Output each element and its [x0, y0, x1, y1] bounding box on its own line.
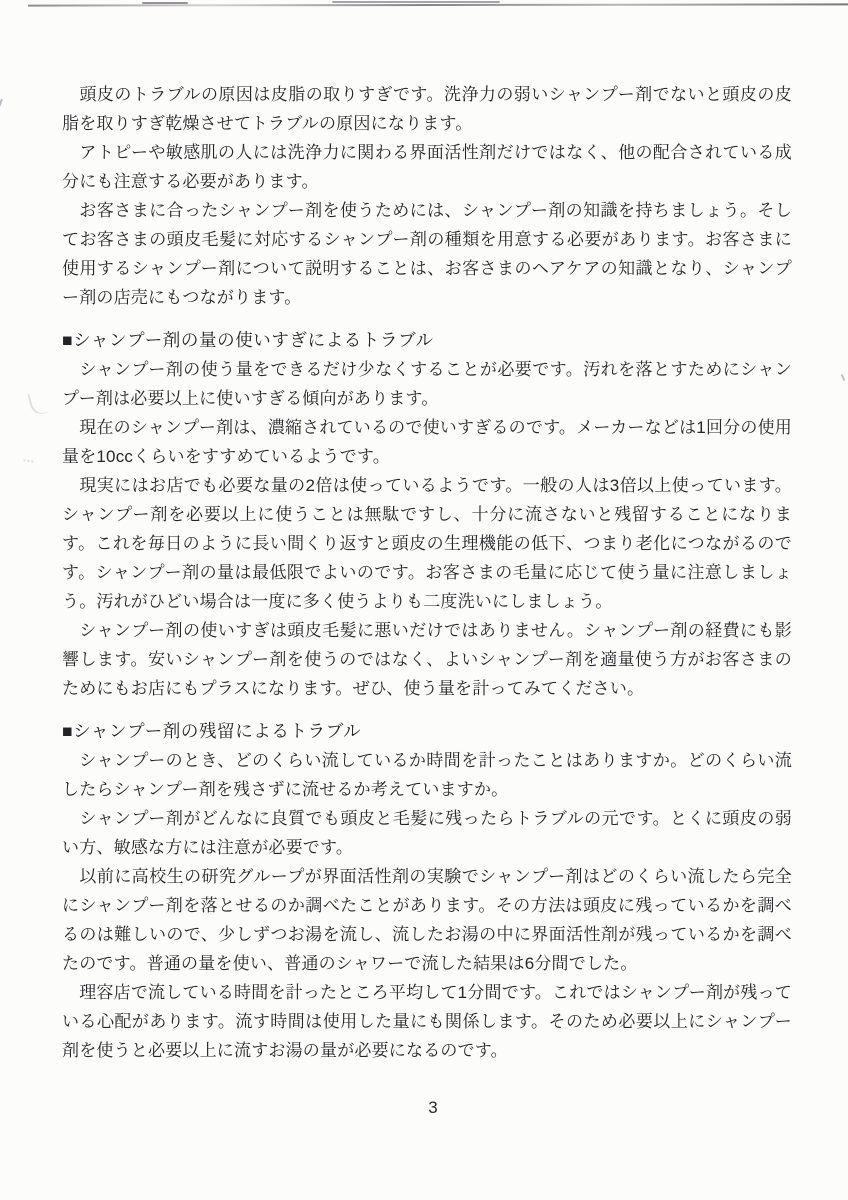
- section1-paragraph-4: シャンプー剤の使いすぎは頭皮毛髪に悪いだけではありません。シャンプー剤の経費にも…: [62, 616, 792, 703]
- intro-paragraph-1: 頭皮のトラブルの原因は皮脂の取りすぎです。洗浄力の弱いシャンプー剤でないと頭皮の…: [62, 80, 792, 138]
- section-heading-residue: ■シャンプー剤の残留によるトラブル: [62, 717, 792, 746]
- page-number: 3: [428, 1098, 437, 1118]
- scan-smudge-artifact: [27, 390, 48, 416]
- scan-smudge-artifact: [23, 451, 34, 462]
- scan-scratch-artifact: [0, 99, 3, 135]
- scan-mark-artifact: [841, 374, 846, 381]
- section-heading-overuse: ■シャンプー剤の量の使いすぎによるトラブル: [62, 326, 792, 355]
- scanned-page: 頭皮のトラブルの原因は皮脂の取りすぎです。洗浄力の弱いシャンプー剤でないと頭皮の…: [0, 0, 848, 1200]
- section2-paragraph-2: シャンプー剤がどんなに良質でも頭皮と毛髪に残ったらトラブルの元です。とくに頭皮の…: [62, 804, 792, 862]
- section1-paragraph-1: シャンプー剤の使う量をできるだけ少なくすることが必要です。汚れを落とすためにシャ…: [62, 355, 792, 413]
- section1-paragraph-3: 現実にはお店でも必要な量の2倍は使っているようです。一般の人は3倍以上使っていま…: [62, 471, 792, 616]
- section2-paragraph-4: 理容店で流している時間を計ったところ平均して1分間です。これではシャンプー剤が残…: [62, 978, 792, 1065]
- section2-paragraph-1: シャンプーのとき、どのくらい流しているか時間を計ったことはありますか。どのくらい…: [62, 746, 792, 804]
- section1-paragraph-2: 現在のシャンプー剤は、濃縮されているので使いすぎるのです。メーカーなどは1回分の…: [62, 413, 792, 471]
- document-body: 頭皮のトラブルの原因は皮脂の取りすぎです。洗浄力の弱いシャンプー剤でないと頭皮の…: [62, 80, 792, 1065]
- scan-edge-dash: [332, 1, 500, 3]
- intro-paragraph-2: アトピーや敏感肌の人には洗浄力に関わる界面活性剤だけではなく、他の配合されている…: [62, 138, 792, 196]
- intro-paragraph-3: お客さまに合ったシャンプー剤を使うためには、シャンプー剤の知識を持ちましょう。そ…: [62, 196, 792, 312]
- section2-paragraph-3: 以前に高校生の研究グループが界面活性剤の実験でシャンプー剤はどのくらい流したら完…: [62, 862, 792, 978]
- scan-edge-dash: [142, 2, 188, 4]
